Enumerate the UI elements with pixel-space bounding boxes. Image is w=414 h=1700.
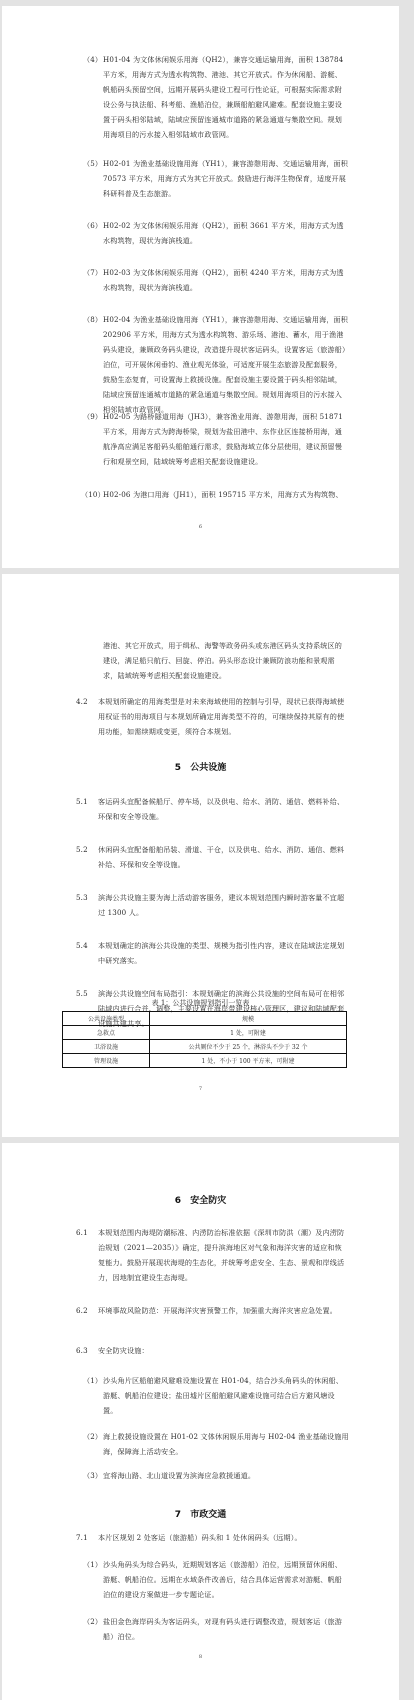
clause-number: 6.1: [76, 1225, 88, 1240]
table-row: 急救点 1 处，可附建: [63, 1026, 347, 1040]
item-text: 海上救援设施设置在 H01-02 文体休闲娱乐用海与 H02-04 渔业基础设施…: [103, 1429, 349, 1459]
sub-item-7-1: （1） 沙头角码头为综合码头，近期规划客运（旅游船）泊位，远期预留休闲船、游艇、…: [83, 1557, 349, 1602]
section-7-heading: 7 市政交通: [2, 1507, 399, 1520]
item-text: 宜将海山路、北山道设置为滨海应急救援通道。: [103, 1468, 349, 1483]
item-number: （8）: [83, 312, 102, 327]
list-item-9: （9） H02-05 为路桥隧道用海（JH3），兼容渔业用海、游憩用海，面积 5…: [83, 409, 349, 469]
item-text: H02-02 为文体休闲娱乐用海（QH2），面积 3661 平方米，用海方式为透…: [103, 218, 349, 248]
clause-number: 5.4: [76, 938, 88, 953]
clause-6-1: 6.1 本规划范围内海堤防潮标准、内涝防治标准依据《深圳市防洪（潮）及内涝防治规…: [76, 1225, 349, 1285]
page-number: 7: [2, 1086, 399, 1092]
item-number: （3）: [83, 1468, 102, 1483]
clause-number: 4.2: [76, 694, 88, 709]
list-item-8: （8） H02-04 为渔业基础设施用海（YH1），兼容游憩用海、交通运输用海，…: [83, 312, 349, 417]
clause-5-4: 5.4 本规划确定的滨海公共设施的类型、规模为指引性内容，建议在陆域法定规划中研…: [76, 938, 349, 968]
document-page-1: （4） H01-04 为文体休闲娱乐用海（QH2），兼容交通运输用海，面积 13…: [2, 6, 399, 568]
item-text: H02-06 为港口用海（JH1），面积 195715 平方米，用海方式为构筑物…: [103, 487, 349, 502]
list-item-7: （7） H02-03 为文体休闲娱乐用海（QH2），面积 4240 平方米，用海…: [83, 265, 349, 295]
section-title: 市政交通: [190, 1510, 226, 1520]
table-cell: 1 处，可附建: [150, 1026, 347, 1040]
section-title: 公共设施: [190, 763, 226, 773]
document-page-3: 6 安全防灾 6.1 本规划范围内海堤防潮标准、内涝防治标准依据《深圳市防洪（潮…: [2, 1143, 399, 1700]
continued-paragraph: 港池、其它开放式，用于缉私、海警等政务码头或东港区码头支持系统区的建设，满足船只…: [103, 638, 349, 683]
clause-text: 休闲码头宜配备船舶吊装、滑道、干仓，以及供电、给水、消防、通信、燃料补给、环保和…: [98, 842, 349, 872]
table-cell: 急救点: [63, 1026, 150, 1040]
item-text: H01-04 为文体休闲娱乐用海（QH2），兼容交通运输用海，面积 138784…: [103, 52, 349, 142]
sub-item-3: （3） 宜将海山路、北山道设置为滨海应急救援通道。: [83, 1468, 349, 1483]
clause-number: 5.2: [76, 842, 88, 857]
clause-text: 环境事故风险防范：开展海洋灾害预警工作，加强重大海洋灾害应急处置。: [98, 1303, 349, 1318]
item-number: （2）: [83, 1429, 102, 1444]
clause-text: 本规划范围内海堤防潮标准、内涝防治标准依据《深圳市防洪（潮）及内涝防治规划（20…: [98, 1225, 349, 1285]
clause-4-2: 4.2 本规划所确定的用海类型是对未来海域使用的控制与引导，现状已获得海域使用权…: [76, 694, 349, 739]
item-text: 盐田金色海岸码头为客运码头，对现有码头进行调整改造，规划客运（旅游船）泊位。: [103, 1614, 349, 1644]
list-item-6: （6） H02-02 为文体休闲娱乐用海（QH2），面积 3661 平方米，用海…: [83, 218, 349, 248]
item-text: H02-04 为渔业基础设施用海（YH1），兼容游憩用海、交通运输用海，面积 2…: [103, 312, 349, 417]
sub-item-1: （1） 沙头角片区船舶避风避难设施设置在 H01-04，结合沙头角码头的休闲船、…: [83, 1373, 349, 1418]
section-number: 7: [175, 1510, 181, 1520]
table-cell: 公共厕位不少于 25 个，淋浴头不少于 32 个: [150, 1040, 347, 1054]
page-number: 8: [2, 1654, 399, 1660]
section-number: 6: [175, 1196, 181, 1206]
item-number: （1）: [83, 1373, 102, 1388]
clause-text: 本规划所确定的用海类型是对未来海域使用的控制与引导，现状已获得海域使用权证书的用…: [98, 694, 349, 739]
table-row: 管理设施 1 处，不小于 100 平方米，可附建: [63, 1054, 347, 1068]
page-number: 6: [2, 524, 399, 530]
section-number: 5: [175, 763, 181, 773]
item-number: （2）: [83, 1614, 102, 1629]
item-text: H02-05 为路桥隧道用海（JH3），兼容渔业用海、游憩用海，面积 51871…: [103, 409, 349, 469]
table-caption: 表 1：公共设施规划指引一览表: [2, 998, 399, 1008]
item-number: （7）: [83, 265, 102, 280]
item-number: （4）: [83, 52, 102, 67]
list-item-10: （10） H02-06 为港口用海（JH1），面积 195715 平方米，用海方…: [81, 487, 349, 502]
item-number: （5）: [83, 156, 102, 171]
item-text: 沙头角片区船舶避风避难设施设置在 H01-04，结合沙头角码头的休闲船、游艇、帆…: [103, 1373, 349, 1418]
item-number: （6）: [83, 218, 102, 233]
section-5-heading: 5 公共设施: [2, 760, 399, 773]
clause-5-2: 5.2 休闲码头宜配备船舶吊装、滑道、干仓，以及供电、给水、消防、通信、燃料补给…: [76, 842, 349, 872]
clause-number: 5.1: [76, 794, 88, 809]
table-header-row: 公共设施类型 规模: [63, 1012, 347, 1026]
clause-text: 客运码头宜配备候船厅、停车场，以及供电、给水、消防、通信、燃料补给、环保和安全等…: [98, 794, 349, 824]
clause-text: 本片区规划 2 处客运（旅游船）码头和 1 处休闲码头（远期）。: [98, 1530, 349, 1545]
item-number: （10）: [81, 487, 105, 502]
clause-6-2: 6.2 环境事故风险防范：开展海洋灾害预警工作，加强重大海洋灾害应急处置。: [76, 1303, 349, 1318]
table-header-cell: 规模: [150, 1012, 347, 1026]
section-6-heading: 6 安全防灾: [2, 1193, 399, 1206]
item-text: 港池、其它开放式，用于缉私、海警等政务码头或东港区码头支持系统区的建设，满足船只…: [103, 638, 349, 683]
clause-7-1: 7.1 本片区规划 2 处客运（旅游船）码头和 1 处休闲码头（远期）。: [76, 1530, 349, 1545]
list-item-5: （5） H02-01 为渔业基础设施用海（YH1），兼容游憩用海、交通运输用海，…: [83, 156, 349, 201]
sub-item-7-2: （2） 盐田金色海岸码头为客运码头，对现有码头进行调整改造，规划客运（旅游船）泊…: [83, 1614, 349, 1644]
viewer-background: [399, 0, 414, 1700]
clause-number: 6.2: [76, 1303, 88, 1318]
table-header-cell: 公共设施类型: [63, 1012, 150, 1026]
item-text: H02-03 为文体休闲娱乐用海（QH2），面积 4240 平方米，用海方式为透…: [103, 265, 349, 295]
list-item-4: （4） H01-04 为文体休闲娱乐用海（QH2），兼容交通运输用海，面积 13…: [83, 52, 349, 142]
item-text: 沙头角码头为综合码头，近期规划客运（旅游船）泊位，远期预留休闲船、游艇、帆船泊位…: [103, 1557, 349, 1602]
table-row: 卫浴设施 公共厕位不少于 25 个，淋浴头不少于 32 个: [63, 1040, 347, 1054]
clause-text: 滨海公共设施主要为海上活动游客服务，建议本规划范围内瞬时游客量不宜超过 1300…: [98, 890, 349, 920]
table-cell: 1 处，不小于 100 平方米，可附建: [150, 1054, 347, 1068]
item-number: （1）: [83, 1557, 102, 1572]
table-cell: 管理设施: [63, 1054, 150, 1068]
sub-item-2: （2） 海上救援设施设置在 H01-02 文体休闲娱乐用海与 H02-04 渔业…: [83, 1429, 349, 1459]
public-facilities-table: 公共设施类型 规模 急救点 1 处，可附建 卫浴设施 公共厕位不少于 25 个，…: [62, 1011, 347, 1068]
clause-5-3: 5.3 滨海公共设施主要为海上活动游客服务，建议本规划范围内瞬时游客量不宜超过 …: [76, 890, 349, 920]
clause-text: 本规划确定的滨海公共设施的类型、规模为指引性内容，建议在陆域法定规划中研究落实。: [98, 938, 349, 968]
table-cell: 卫浴设施: [63, 1040, 150, 1054]
section-title: 安全防灾: [190, 1196, 226, 1206]
clause-number: 7.1: [76, 1530, 88, 1545]
clause-6-3: 6.3 安全防灾设施：: [76, 1343, 349, 1358]
clause-number: 5.3: [76, 890, 88, 905]
clause-text: 安全防灾设施：: [98, 1343, 349, 1358]
item-text: H02-01 为渔业基础设施用海（YH1），兼容游憩用海、交通运输用海，面积 7…: [103, 156, 349, 201]
clause-number: 6.3: [76, 1343, 88, 1358]
document-page-2: 港池、其它开放式，用于缉私、海警等政务码头或东港区码头支持系统区的建设，满足船只…: [2, 574, 399, 1137]
clause-5-1: 5.1 客运码头宜配备候船厅、停车场，以及供电、给水、消防、通信、燃料补给、环保…: [76, 794, 349, 824]
item-number: （9）: [83, 409, 102, 424]
